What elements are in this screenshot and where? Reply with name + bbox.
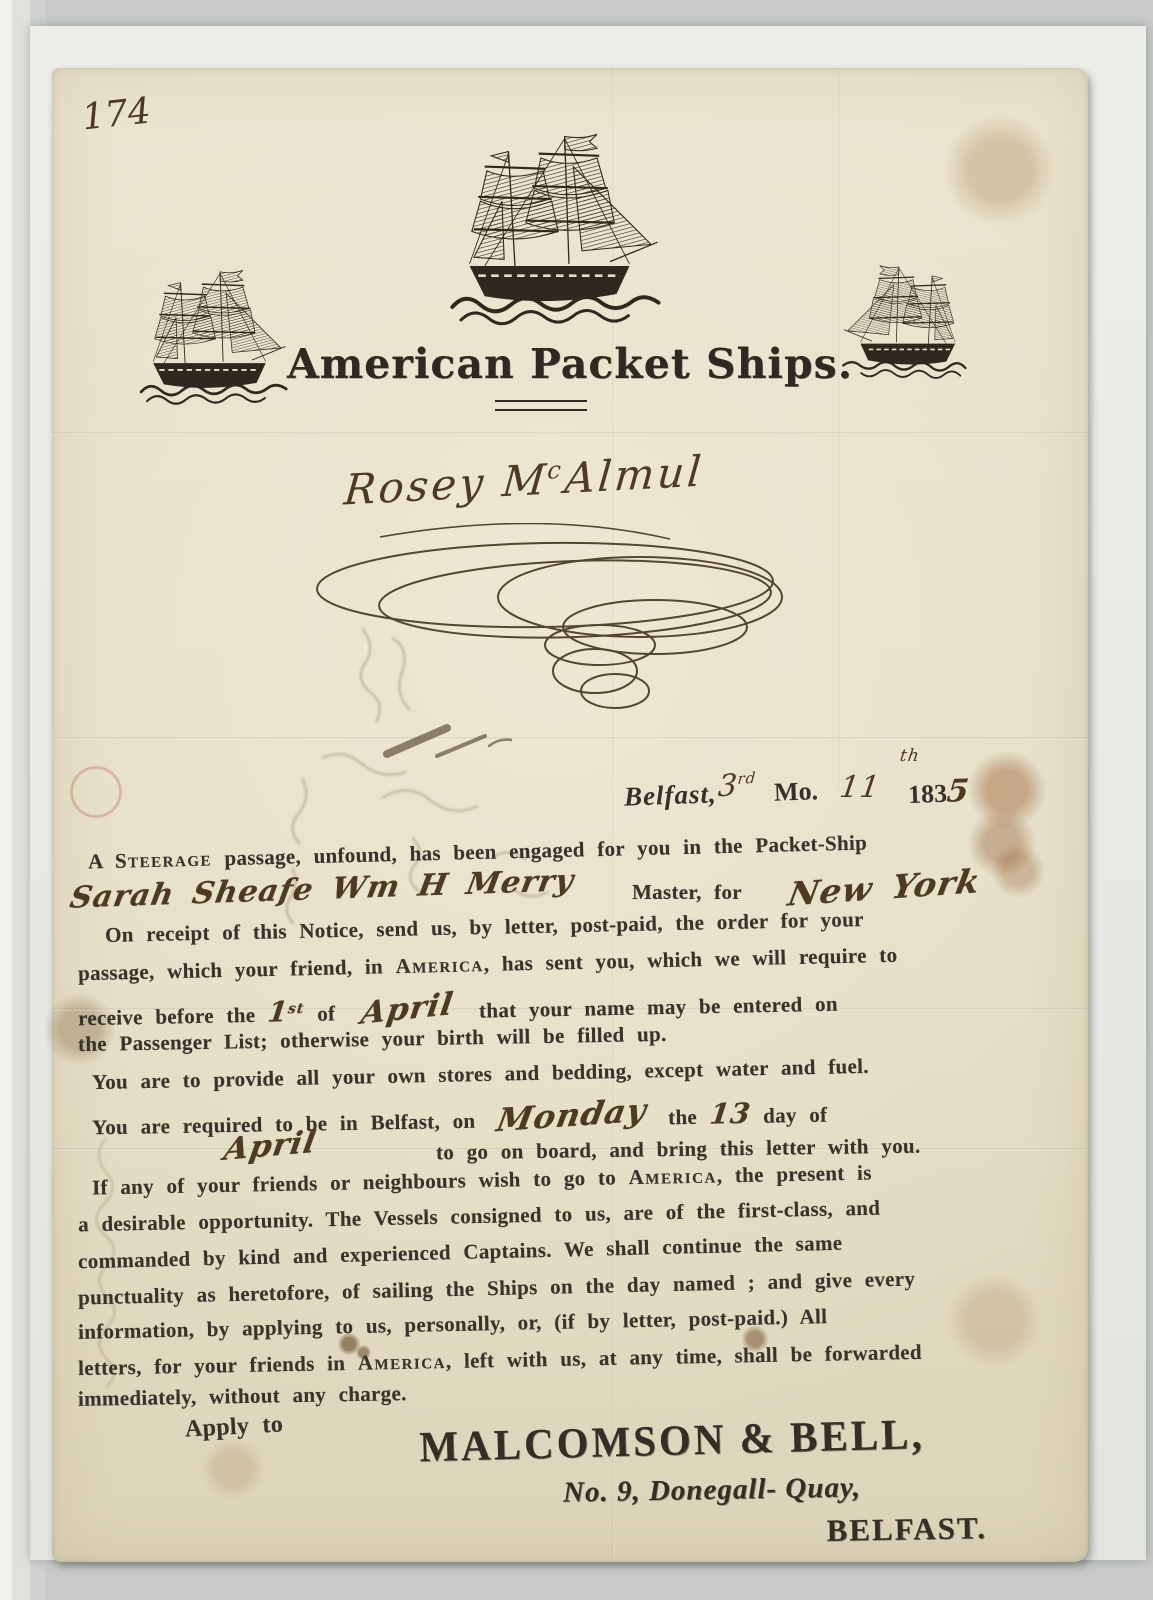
notice-line: Aprilto go on board, and bring this lett…	[225, 1128, 920, 1164]
masthead-title: American Packet Ships.	[52, 340, 1088, 388]
notice-line: a desirable opportunity. The Vessels con…	[78, 1196, 881, 1238]
ink-smear	[377, 716, 527, 766]
notice-line: information, by applying to us, personal…	[78, 1304, 828, 1345]
notice-line: letters, for your friends in America, le…	[78, 1340, 922, 1381]
notice-line: You are to provide all your own stores a…	[92, 1054, 869, 1095]
firm-name: MALCOMSON & BELL,	[391, 1407, 952, 1472]
document: 174	[52, 68, 1088, 1562]
printed-text: day of	[750, 1103, 827, 1128]
printed-text: , has sent you, which we will require to	[483, 943, 897, 976]
inscription-superscript: c	[547, 456, 566, 485]
printed-text: receive before the	[78, 1003, 268, 1031]
scan-background: 174	[0, 0, 1153, 1600]
stain	[945, 115, 1055, 225]
printed-text: letters, for your friends in	[78, 1351, 358, 1380]
masthead-rule	[495, 400, 587, 411]
handwritten-deadline-suffix: st	[287, 1001, 305, 1017]
handwritten-year-digit: 5	[945, 773, 971, 810]
stain	[967, 750, 1047, 830]
handwritten-embark-month: April	[221, 1124, 319, 1168]
notice-line: punctuality as heretofore, of sailing th…	[78, 1267, 916, 1311]
inscription-text: Almul	[563, 446, 706, 503]
printed-text: passage, which your friend, in	[78, 954, 396, 985]
apply-to-label: Apply to	[184, 1411, 283, 1443]
dateline-day-suffix: th	[900, 746, 920, 766]
dateline-month-handwritten: 3rd	[717, 767, 758, 805]
stain	[990, 843, 1046, 899]
firm-address: No. 9, Donegall- Quay,	[522, 1471, 903, 1511]
notice-line: If any of your friends or neighbours wis…	[92, 1161, 872, 1201]
notice-line: immediately, without any charge.	[78, 1381, 407, 1412]
dateline-mo-label: Mo.	[773, 776, 818, 808]
firm-city: BELFAST.	[772, 1510, 988, 1550]
ship-woodcut-icon	[448, 120, 664, 332]
printed-text: that your name may be entered on	[466, 992, 838, 1023]
fold-crease	[838, 68, 841, 788]
printed-text: America	[395, 952, 484, 978]
printed-text: , the present is	[717, 1161, 872, 1188]
handwritten-day-suffix: th	[899, 746, 922, 766]
dateline-year: 1835	[907, 773, 970, 811]
printed-text: America	[358, 1349, 447, 1375]
printed-text: , left with us, at any time, shall be fo…	[446, 1340, 922, 1373]
notice-line: commanded by kind and experienced Captai…	[78, 1231, 843, 1275]
archival-number: 174	[80, 91, 153, 139]
printed-year: 183	[908, 779, 948, 809]
printed-text: If any of your friends or neighbours wis…	[92, 1165, 629, 1199]
printed-text: America	[628, 1163, 717, 1189]
notice-line: Sarah Sheafe Wm H MerryMaster, forNew Yo…	[72, 868, 979, 907]
passenger-name-inscription: Rosey McAlmul	[343, 447, 705, 516]
stain	[202, 1438, 264, 1500]
stain	[70, 766, 122, 818]
dateline-day-handwritten: 11	[840, 770, 880, 805]
notice-line: passage, which your friend, in America, …	[78, 943, 898, 987]
inscription-text: Rosey M	[342, 455, 550, 515]
handwritten-day: 11	[838, 770, 883, 805]
dateline-place: Belfast,	[623, 778, 717, 812]
handwritten-month: 3	[717, 768, 740, 805]
printed-text: Master, for	[632, 880, 742, 904]
stain	[947, 1273, 1042, 1368]
handwritten-month-suffix: rd	[737, 769, 757, 788]
fold-crease	[52, 432, 1088, 435]
printed-text: the	[655, 1105, 709, 1130]
printed-text: of	[304, 1001, 348, 1026]
handwritten-embark-day-number: 13	[708, 1097, 753, 1131]
handwritten-destination: New York	[785, 861, 984, 913]
